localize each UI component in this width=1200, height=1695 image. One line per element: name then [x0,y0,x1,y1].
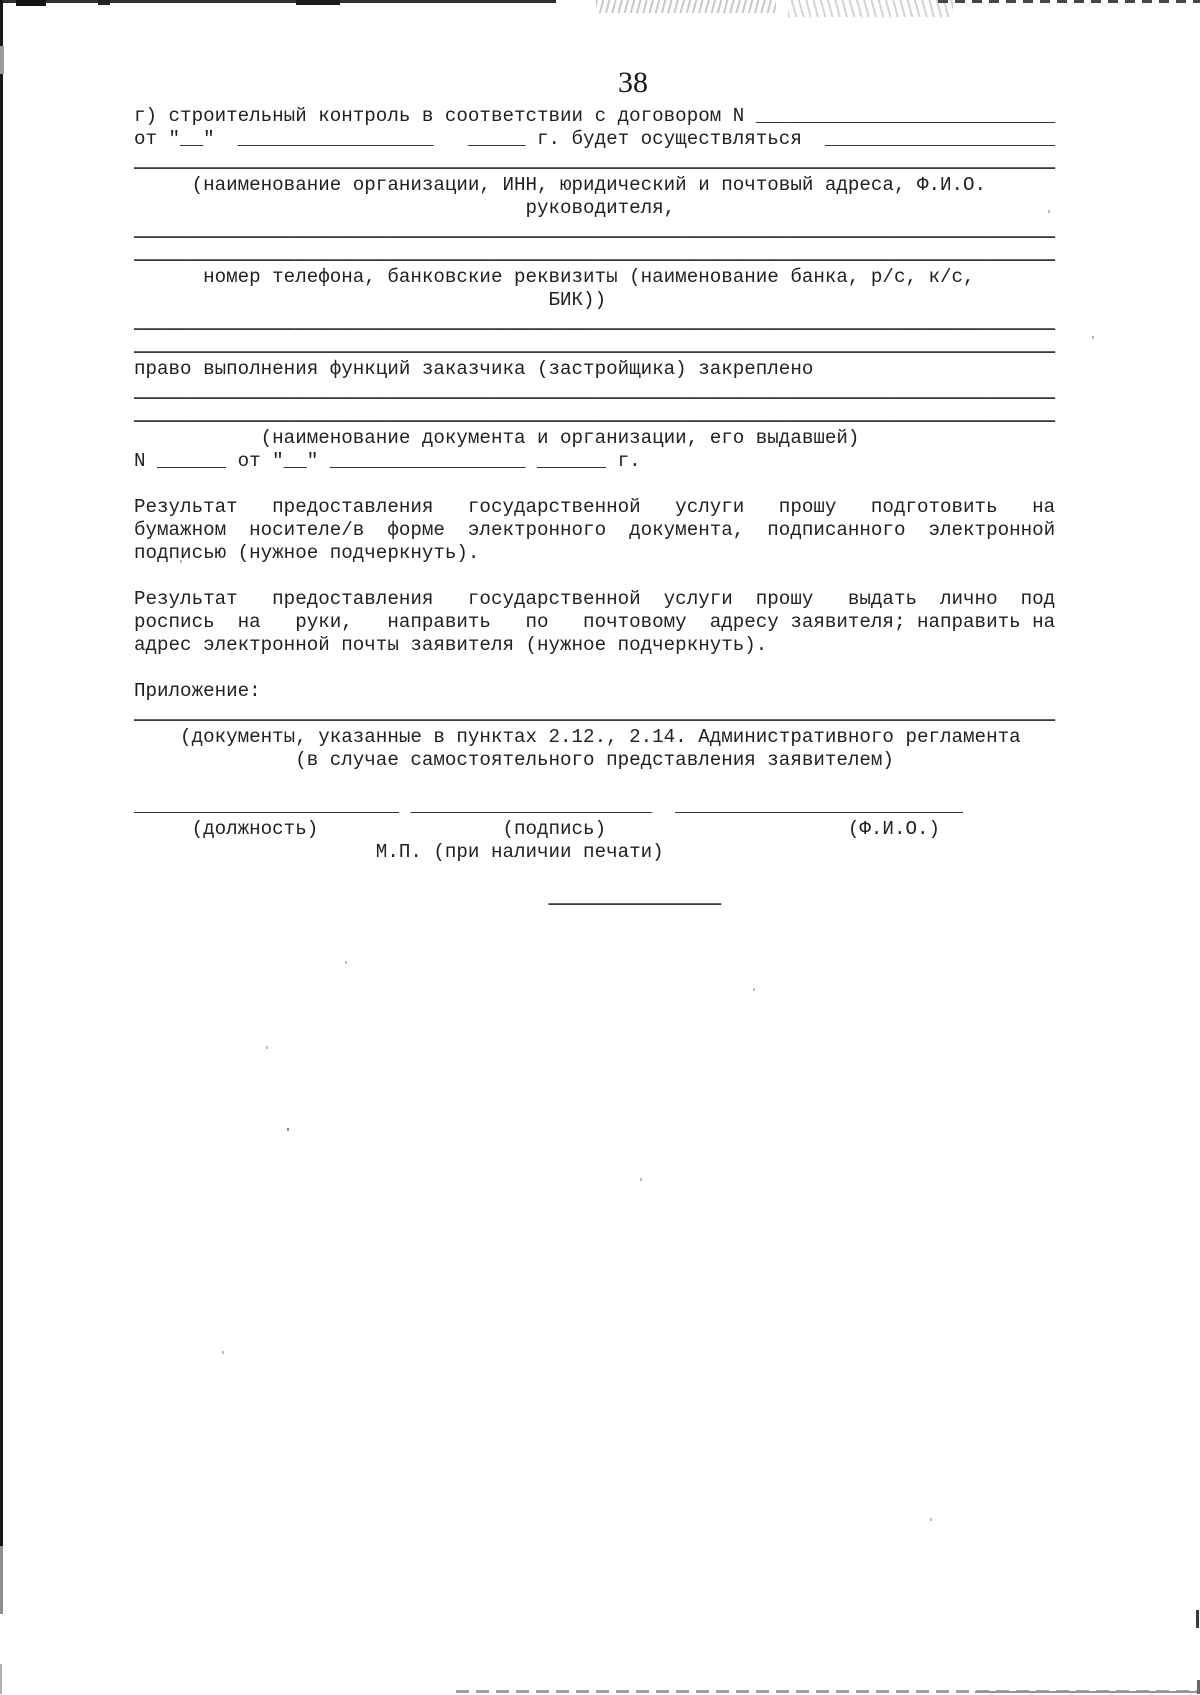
scan-speck [287,1128,289,1131]
page-number: 38 [602,66,664,100]
blank-line [134,565,1055,588]
scan-artifact-top-blob [16,0,46,6]
fill-in-rule-line: ________________________________________… [134,381,1055,404]
doc-text-line: право выполнения функций заказчика (заст… [134,358,1055,381]
scan-speck [180,560,182,563]
scan-speck [753,988,755,991]
doc-text-line: адрес электронной почты заявителя (нужно… [134,634,1055,657]
blank-line [134,473,1055,496]
scan-speck [266,1046,268,1049]
doc-text-line: подписью (нужное подчеркнуть). [134,542,1055,565]
doc-text-line: Результат предоставления государственной… [134,496,1055,519]
doc-text-line: (наименование документа и организации, е… [134,427,1055,450]
fill-in-rule-line: ________________________________________… [134,220,1055,243]
scan-artifact-left-edge-gray [0,46,4,74]
blank-line [134,772,1055,795]
fill-in-rule-line: ________________________________________… [134,312,1055,335]
doc-text-line: Приложение: [134,680,1055,703]
doc-text-line: БИК)) [134,289,1055,312]
document-lines: г) строительный контроль в соответствии … [134,105,1055,910]
fill-in-rule-line: ________________________________________… [134,151,1055,174]
scan-speck [222,1351,224,1354]
scan-artifact-top-blob [296,0,340,5]
doc-text-line: Результат предоставления государственной… [134,588,1055,611]
scan-speck [930,1518,932,1521]
doc-text-line: роспись на руки, направить по почтовому … [134,611,1055,634]
scan-speck [640,1178,642,1181]
scan-artifact-bottom-line [975,1691,1200,1693]
doc-text-line: от "__" _________________ _____ г. будет… [134,128,1055,151]
scan-speck [1092,336,1094,339]
scan-artifact-left-edge-strip [0,0,3,1614]
scan-artifact-top-smudge [788,0,953,17]
doc-text-line: (документы, указанные в пунктах 2.12., 2… [134,726,1055,749]
scan-artifact-top-edge-line [0,0,556,3]
fill-in-rule-line: _______________ [134,887,1055,910]
doc-text-line: М.П. (при наличии печати) [134,841,1055,864]
doc-text-line: (в случае самостоятельного представления… [134,749,1055,772]
scan-speck [1048,210,1050,213]
scan-artifact-top-dashed-line [938,0,1200,3]
scanned-document-page: 38 г) строительный контроль в соответств… [0,0,1200,1695]
doc-text-line: (должность) (подпись) (Ф.И.О.) [134,818,1055,841]
doc-text-line: (наименование организации, ИНН, юридичес… [134,174,1055,197]
doc-text-line: номер телефона, банковские реквизиты (на… [134,266,1055,289]
blank-line [134,864,1055,887]
scan-artifact-left-edge-gray [0,1546,3,1614]
fill-in-rule-line: ________________________________________… [134,243,1055,266]
scan-speck [345,961,347,964]
doc-text-line: руководителя, [134,197,1055,220]
doc-text-line: _______________________ ________________… [134,795,1055,818]
fill-in-rule-line: ________________________________________… [134,335,1055,358]
scan-artifact-top-blob [98,0,110,5]
scan-artifact-left-edge-gray [0,1664,2,1694]
scan-artifact-right-edge-mark [1196,1610,1199,1628]
doc-text-line: N ______ от "__" _________________ _____… [134,450,1055,473]
fill-in-rule-line: ________________________________________… [134,404,1055,427]
scan-artifact-top-smudge [596,0,776,13]
blank-line [134,657,1055,680]
doc-text-line: бумажном носителе/в форме электронного д… [134,519,1055,542]
fill-in-rule-line: ________________________________________… [134,703,1055,726]
doc-text-line: г) строительный контроль в соответствии … [134,105,1055,128]
